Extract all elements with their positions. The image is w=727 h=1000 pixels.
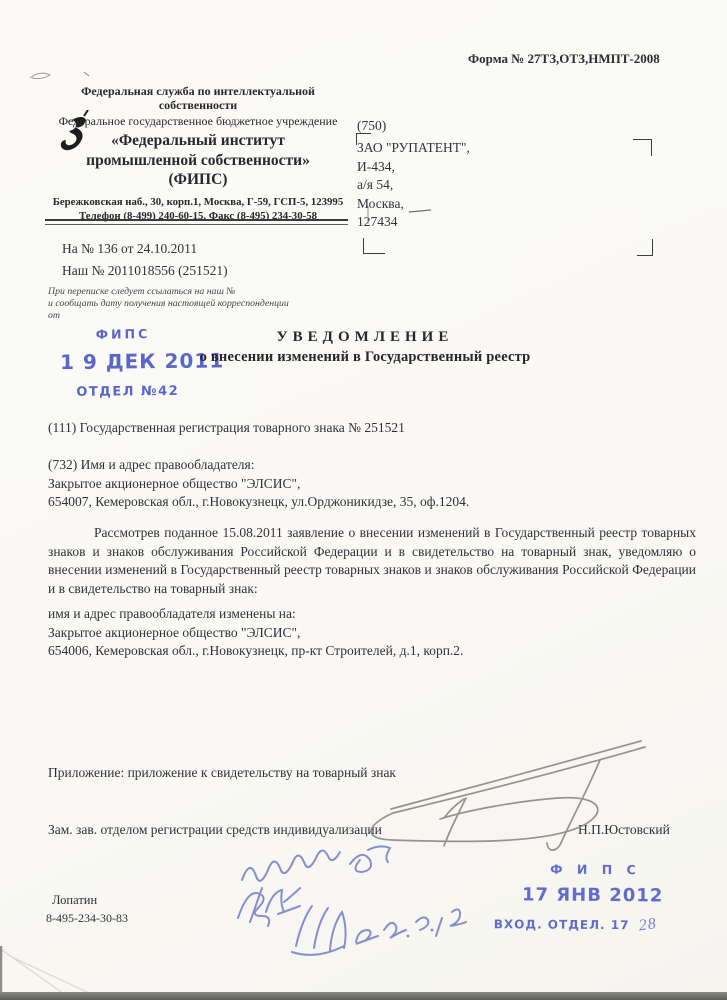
owner-label: (732) Имя и адрес правообладателя:	[48, 457, 255, 473]
corner-mark-top-right	[633, 139, 652, 156]
letterhead: Федеральная служба по интеллектуальной с…	[44, 84, 352, 222]
corner-mark-top-left	[356, 133, 371, 145]
new-owner-name: Закрытое акционерное общество "ЭЛСИС",	[48, 625, 300, 641]
letterhead-institute-name: «Федеральный институт промышленной собст…	[59, 131, 337, 170]
note-line: и сообщать дату получения настоящей корр…	[48, 298, 289, 310]
letterhead-divider	[45, 219, 348, 225]
attachment-line: Приложение: приложение к свидетельству н…	[48, 765, 396, 781]
form-number: Форма № 27ТЗ,ОТЗ,НМПТ-2008	[468, 51, 660, 67]
recipient-line: а/я 54,	[357, 176, 470, 194]
document-title-block: УВЕДОМЛЕНИЕ о внесении изменений в Госуд…	[140, 329, 590, 366]
corner-mark-bottom-right	[637, 239, 653, 256]
note-line: от	[48, 310, 289, 322]
letterhead-abbr: (ФИПС)	[44, 171, 352, 189]
handwritten-incoming-number: 28	[638, 915, 658, 935]
owner-name: Закрытое акционерное общество "ЭЛСИС",	[48, 476, 300, 492]
corner-mark-bottom-left	[363, 238, 385, 254]
stamp-org: Ф И П С	[550, 862, 714, 878]
stamp-date: 17 ЯНВ 2012	[522, 884, 714, 906]
stamp-dept-label: ВХОД. ОТДЕЛ. 17	[494, 917, 630, 932]
registration-line: (111) Государственная регистрация товарн…	[48, 420, 405, 436]
correspondence-note: При переписке следует ссылаться на наш №…	[48, 286, 289, 321]
main-paragraph: Рассмотрев поданное 15.08.2011 заявление…	[48, 524, 696, 598]
letterhead-org-type: Федеральное государственное бюджетное уч…	[52, 114, 344, 128]
owner-address: 654007, Кемеровская обл., г.Новокузнецк,…	[48, 494, 469, 510]
our-ref: Наш № 2011018556 (251521)	[62, 263, 228, 279]
note-line: При переписке следует ссылаться на наш №	[48, 286, 289, 298]
document-title: УВЕДОМЛЕНИЕ	[140, 329, 590, 346]
new-owner-address: 654006, Кемеровская обл., г.Новокузнецк,…	[48, 643, 463, 659]
executor-name: Лопатин	[52, 893, 97, 908]
recipient-code: (750)	[357, 117, 470, 135]
recipient-address-block: (750) ЗАО "РУПАТЕНТ", И-434, а/я 54, Мос…	[357, 117, 470, 231]
stamp-dept: ОТДЕЛ №42	[76, 383, 270, 400]
signer-name: Н.П.Юстовский	[578, 822, 670, 838]
scan-edge-shadow	[0, 992, 727, 1000]
approval-handwriting	[238, 846, 466, 955]
stamp-dept: ВХОД. ОТДЕЛ. 17 28	[494, 915, 714, 935]
recipient-line: И-434,	[357, 158, 470, 176]
recipient-line: Москва,	[357, 195, 470, 213]
executor-phone: 8-495-234-30-83	[46, 911, 128, 926]
signer-position: Зам. зав. отделом регистрации средств ин…	[48, 822, 382, 838]
scanned-letter-page: Форма № 27ТЗ,ОТЗ,НМПТ-2008 Федеральная с…	[0, 0, 727, 1000]
change-label: имя и адрес правообладателя изменены на:	[48, 606, 296, 622]
letterhead-agency: Федеральная служба по интеллектуальной с…	[74, 84, 322, 112]
incoming-stamp: Ф И П С 17 ЯНВ 2012 ВХОД. ОТДЕЛ. 17 28	[494, 861, 714, 935]
letterhead-postal-address: Бережковская наб., 30, корп.1, Москва, Г…	[44, 196, 352, 208]
document-subtitle: о внесении изменений в Государственный р…	[140, 349, 590, 366]
incoming-ref: На № 136 от 24.10.2011	[62, 241, 197, 257]
recipient-line: 127434	[357, 213, 470, 231]
recipient-line: ЗАО "РУПАТЕНТ",	[357, 139, 470, 157]
